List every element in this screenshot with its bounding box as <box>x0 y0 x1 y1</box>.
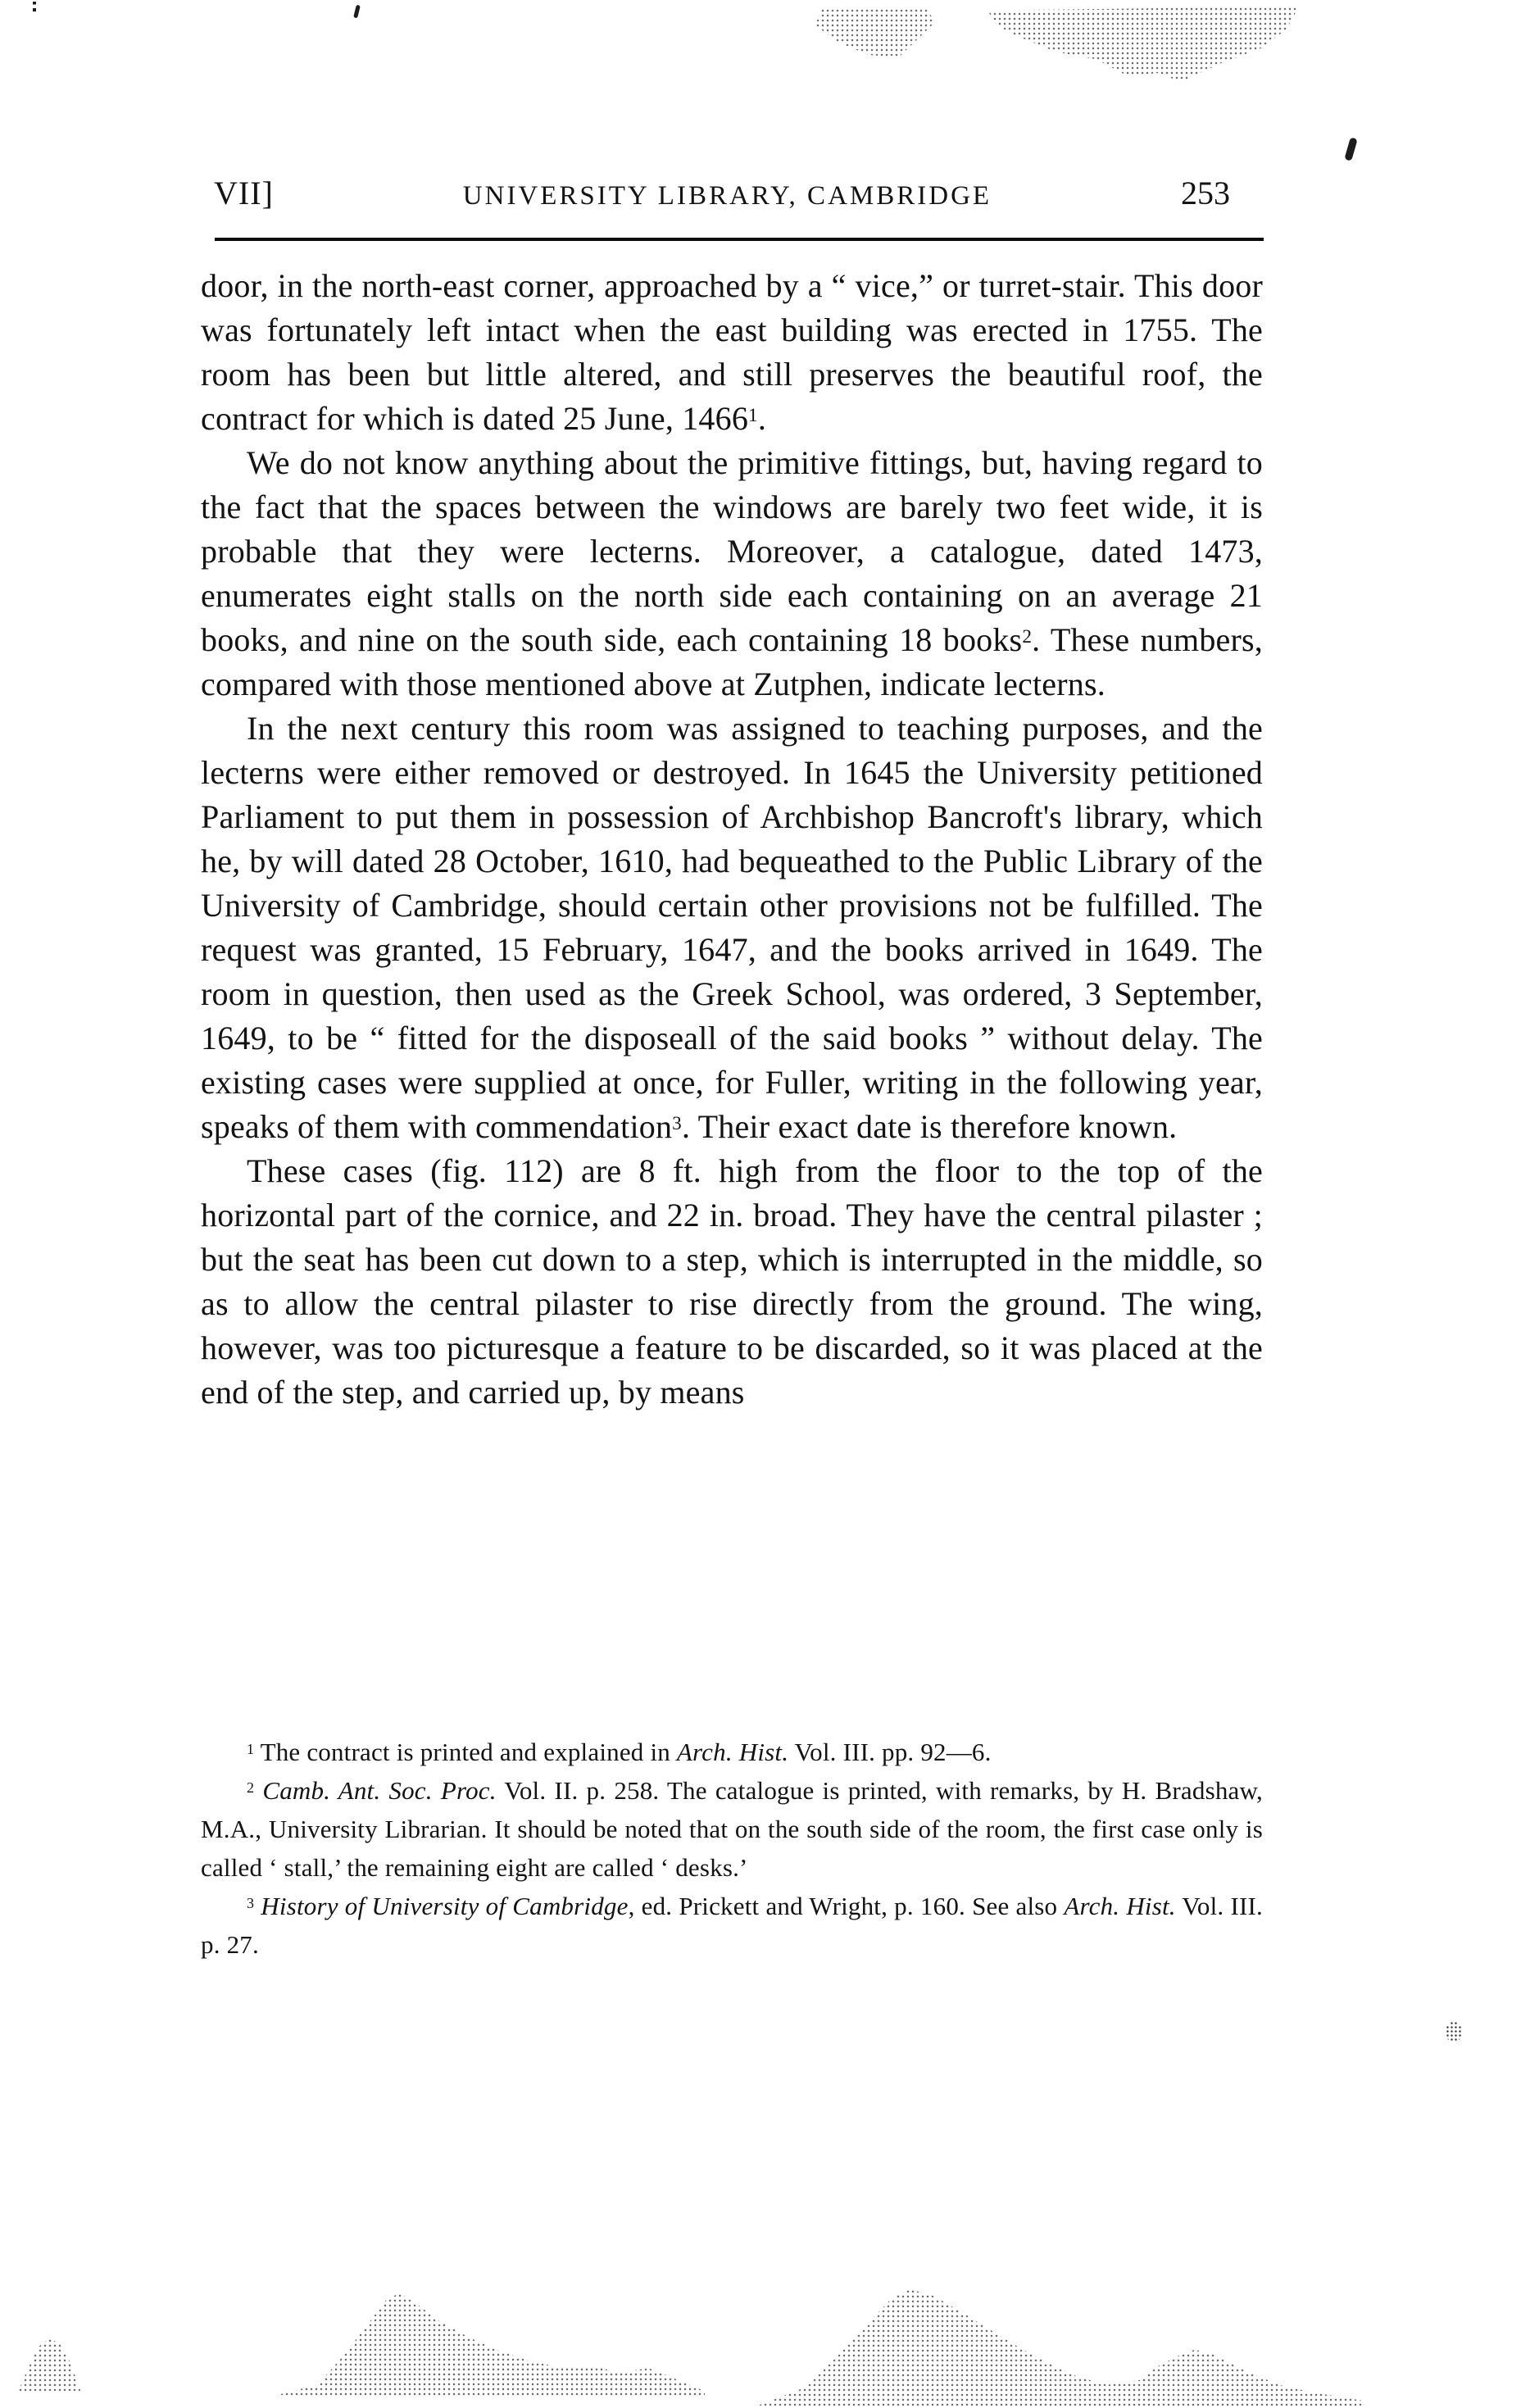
page-header: VII] UNIVERSITY LIBRARY, CAMBRIDGE 253 <box>201 174 1263 212</box>
scan-artifact-speck-top-mid <box>353 5 361 19</box>
paragraph-2: We do not know anything about the primit… <box>201 441 1263 706</box>
book-page: VII] UNIVERSITY LIBRARY, CAMBRIDGE 253 d… <box>0 0 1530 2408</box>
chapter-number: VII] <box>201 174 274 212</box>
paragraph-1: door, in the north-east corner, approach… <box>201 264 1263 441</box>
scan-artifact-right-dot <box>1446 2021 1462 2042</box>
footnote-1: 1 The contract is printed and explained … <box>201 1733 1263 1771</box>
scan-artifact-speck-top-left <box>33 2 36 11</box>
paragraph-4: These cases (fig. 112) are 8 ft. high fr… <box>201 1149 1263 1415</box>
footnote-3: 3 History of University of Cambridge, ed… <box>201 1887 1263 1964</box>
scan-artifact-top-smudge-right <box>987 7 1299 82</box>
scan-artifact-bottom-mountain-left <box>275 2293 705 2397</box>
footnote-2: 2 Camb. Ant. Soc. Proc. Vol. II. p. 258.… <box>201 1771 1263 1887</box>
running-title: UNIVERSITY LIBRARY, CAMBRIDGE <box>274 181 1181 211</box>
page-number: 253 <box>1181 174 1263 212</box>
footnotes: 1 The contract is printed and explained … <box>201 1733 1263 1964</box>
scan-artifact-speck-top-right <box>1344 137 1357 161</box>
scan-artifact-bottom-mountain-right <box>758 2289 1364 2406</box>
body-text: door, in the north-east corner, approach… <box>201 264 1263 1415</box>
header-rule <box>215 238 1264 241</box>
scan-artifact-bottom-left-triangle <box>18 2338 88 2392</box>
scan-artifact-top-smudge-left <box>815 8 934 57</box>
paragraph-3: In the next century this room was assign… <box>201 706 1263 1149</box>
